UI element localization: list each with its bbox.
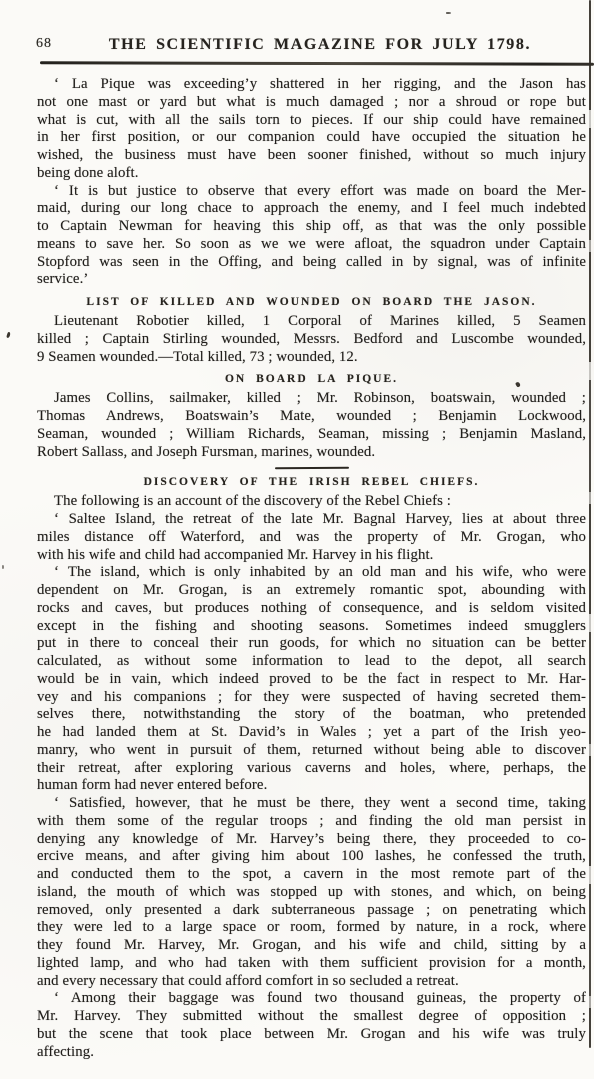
text-line: Stopford was seen in the Offing, and bei… [37, 254, 586, 272]
text-line: with them some of the regular troops ; a… [37, 813, 586, 831]
text-line: miles distance off Waterford, and was th… [37, 529, 586, 547]
page-header: 68 THE SCIENTIFIC MAGAZINE FOR JULY 1798… [0, 0, 594, 54]
scan-speck [446, 12, 451, 14]
text-line: dependent on Mr. Grogan, is an extremely… [37, 582, 586, 600]
text-line: except in the fishing and shooting seaso… [37, 618, 586, 636]
text-line: and every necessary that could afford co… [37, 973, 586, 991]
paragraph: ‘ The island, which is only inhabited by… [37, 564, 586, 795]
text-line: he had landed them at St. David’s in Wal… [37, 724, 586, 742]
paragraph: The following is an account of the disco… [37, 493, 586, 511]
paragraph: ‘ It is but justice to observe that ever… [37, 183, 586, 290]
text-line: vey and his companions ; for they were s… [37, 689, 586, 707]
text-line: calculated, as without some information … [37, 653, 586, 671]
text-line: 9 Seamen wounded.—Total killed, 73 ; wou… [37, 349, 586, 367]
text-line: The following is an account of the disco… [37, 493, 586, 511]
text-line: ercive means, and after giving him about… [37, 848, 586, 866]
text-line: they were led to a large space or room, … [37, 919, 586, 937]
journal-title: THE SCIENTIFIC MAGAZINE FOR JULY 1798. [0, 36, 594, 54]
text-line: ‘ La Pique was exceeding’y shattered in … [37, 76, 586, 94]
text-line: human form had never entered before. [37, 777, 586, 795]
text-line: affecting. [37, 1044, 586, 1062]
page-number: 68 [36, 36, 52, 52]
text-line: James Collins, sailmaker, killed ; Mr. R… [37, 390, 586, 408]
section-heading: DISCOVERY OF THE IRISH REBEL CHIEFS. [37, 475, 586, 489]
text-line: not one mast or yard but what is much da… [37, 94, 586, 112]
text-line: would be in vain, which indeed proved to… [37, 671, 586, 689]
text-line: put in there to conceal their run goods,… [37, 635, 586, 653]
text-line: ‘ Satisfied, however, that he must be th… [37, 795, 586, 813]
text-line: selves there, notwithstanding the story … [37, 706, 586, 724]
text-line: service.’ [37, 271, 586, 289]
text-line: wished, the business must have been soon… [37, 147, 586, 165]
text-line: what is cut, with all the sails torn to … [37, 112, 586, 130]
text-line: maid, during our long chace to approach … [37, 200, 586, 218]
scan-edge-line [589, 0, 592, 1048]
text-line: their retreat, after exploring various c… [37, 760, 586, 778]
text-line: killed ; Captain Stirling wounded, Messr… [37, 331, 586, 349]
text-line: they found Mr. Harvey, Mr. Grogan, and h… [37, 937, 586, 955]
paragraph: Lieutenant Robotier killed, 1 Corporal o… [37, 313, 586, 366]
section-heading: ON BOARD LA PIQUE. [37, 372, 586, 386]
magazine-page-scan: 68 THE SCIENTIFIC MAGAZINE FOR JULY 1798… [0, 0, 594, 1079]
text-line: manry, who went in pursuit of them, retu… [37, 742, 586, 760]
text-line: and conducted them to the spot, a cavern… [37, 866, 586, 884]
text-line: rocks and caves, but produces nothing of… [37, 600, 586, 618]
text-line: means to save her. So soon as we we were… [37, 236, 586, 254]
text-line: Lieutenant Robotier killed, 1 Corporal o… [37, 313, 586, 331]
text-line: removed, only presented a dark subterran… [37, 902, 586, 920]
text-line: ‘ The island, which is only inhabited by… [37, 564, 586, 582]
section-divider [274, 467, 348, 470]
paragraph: ‘ Satisfied, however, that he must be th… [37, 795, 586, 990]
paragraph: ‘ La Pique was exceeding’y shattered in … [37, 76, 586, 183]
text-line: being done aloft. [37, 165, 586, 183]
page-body: ‘ La Pique was exceeding’y shattered in … [0, 65, 594, 1061]
paragraph: James Collins, sailmaker, killed ; Mr. R… [37, 390, 586, 461]
text-line: Mr. Harvey. They submitted without the s… [37, 1008, 586, 1026]
paragraph: ‘ Among their baggage was found two thou… [37, 990, 586, 1061]
text-line: ‘ It is but justice to observe that ever… [37, 183, 586, 201]
text-line: lighted lamp, and who had taken with the… [37, 955, 586, 973]
text-line: denying any knowledge of Mr. Harvey’s be… [37, 831, 586, 849]
text-line: but the scene that took place between Mr… [37, 1026, 586, 1044]
text-line: ‘ Saltee Island, the retreat of the late… [37, 511, 586, 529]
text-line: to Captain Newman for heaving this ship … [37, 218, 586, 236]
text-line: Seaman, wounded ; William Richards, Seam… [37, 426, 586, 444]
text-line: ‘ Among their baggage was found two thou… [37, 990, 586, 1008]
text-line: Thomas Andrews, Boatswain’s Mate, wounde… [37, 408, 586, 426]
text-line: island, the mouth of which was stopped u… [37, 884, 586, 902]
scan-speck [2, 565, 4, 569]
text-line: Robert Sallass, and Joseph Fursman, mari… [37, 444, 586, 462]
text-line: with his wife and child had accompanied … [37, 547, 586, 565]
text-line: in her first position, or our companion … [37, 129, 586, 147]
paragraph: ‘ Saltee Island, the retreat of the late… [37, 511, 586, 564]
section-heading: LIST OF KILLED AND WOUNDED ON BOARD THE … [37, 295, 586, 309]
